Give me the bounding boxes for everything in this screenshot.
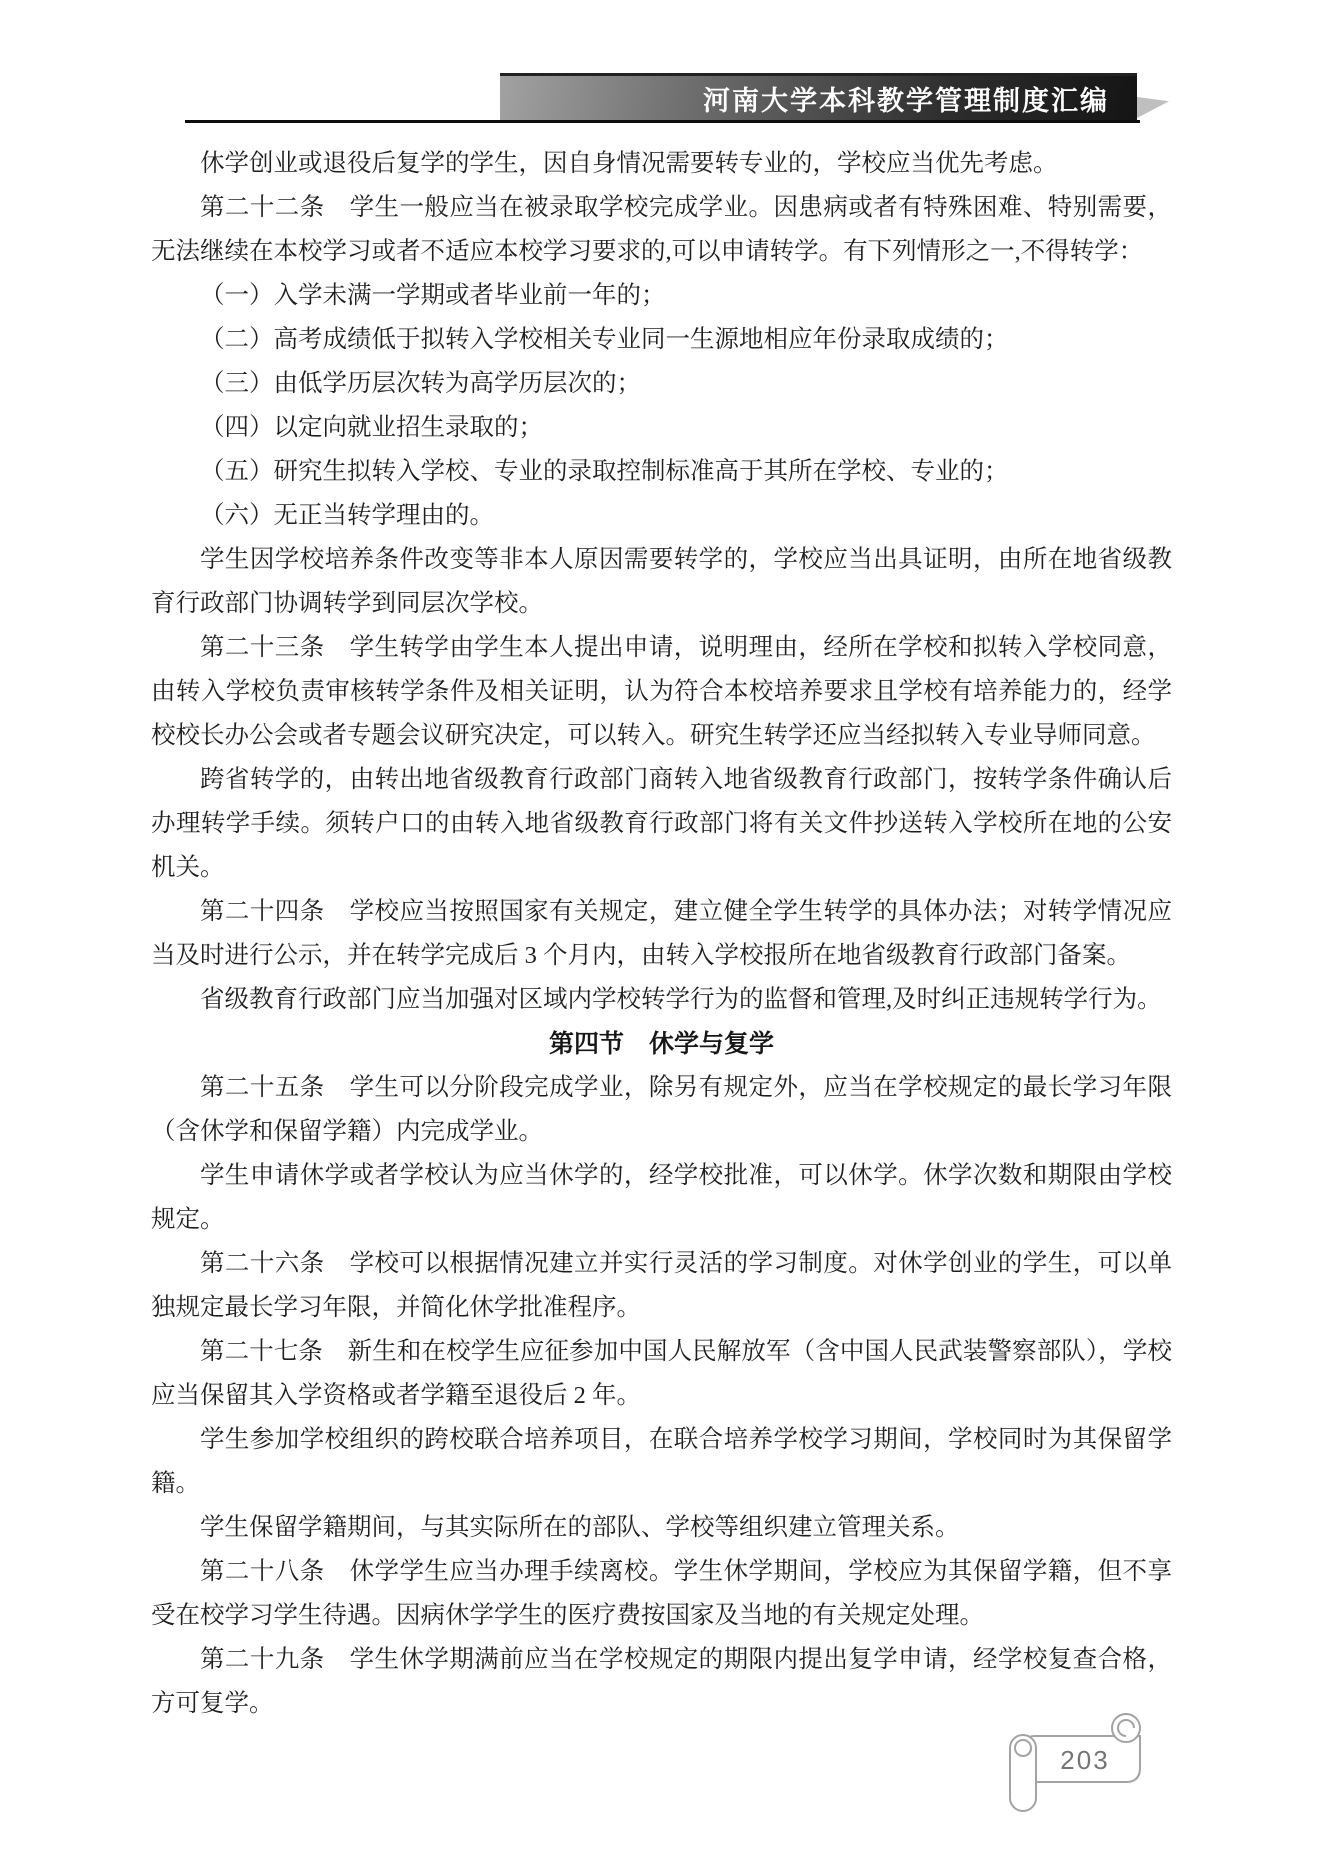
paragraph: 休学创业或退役后复学的学生，因自身情况需要转专业的，学校应当优先考虑。 (151, 142, 1172, 186)
paragraph-article-23: 第二十三条 学生转学由学生本人提出申请，说明理由，经所在学校和拟转入学校同意，由… (151, 626, 1172, 758)
header-divider-rule (185, 120, 1140, 123)
page-number: 203 (1060, 1745, 1109, 1775)
list-item-1: （一）入学未满一学期或者毕业前一年的； (151, 274, 1172, 318)
list-item-4: （四）以定向就业招生录取的； (151, 406, 1172, 450)
list-item-2: （二）高考成绩低于拟转入学校相关专业同一生源地相应年份录取成绩的； (151, 318, 1172, 362)
paragraph: 学生因学校培养条件改变等非本人原因需要转学的，学校应当出具证明，由所在地省级教育… (151, 538, 1172, 626)
paragraph: 学生申请休学或者学校认为应当休学的，经学校批准，可以休学。休学次数和期限由学校规… (151, 1154, 1172, 1242)
paragraph-article-28: 第二十八条 休学学生应当办理手续离校。学生休学期间，学校应为其保留学籍，但不享受… (151, 1550, 1172, 1638)
paragraph-article-26: 第二十六条 学校可以根据情况建立并实行灵活的学习制度。对休学创业的学生，可以单独… (151, 1242, 1172, 1330)
paragraph: 学生保留学籍期间，与其实际所在的部队、学校等组织建立管理关系。 (151, 1506, 1172, 1550)
paragraph-article-24: 第二十四条 学校应当按照国家有关规定，建立健全学生转学的具体办法；对转学情况应当… (151, 890, 1172, 978)
paragraph-article-27: 第二十七条 新生和在校学生应征参加中国人民解放军（含中国人民武装警察部队），学校… (151, 1330, 1172, 1418)
paragraph-article-25: 第二十五条 学生可以分阶段完成学业，除另有规定外，应当在学校规定的最长学习年限（… (151, 1066, 1172, 1154)
document-body: 休学创业或退役后复学的学生，因自身情况需要转专业的，学校应当优先考虑。 第二十二… (151, 142, 1172, 1726)
document-page: 河南大学本科教学管理制度汇编 休学创业或退役后复学的学生，因自身情况需要转专业的… (0, 0, 1323, 1871)
paragraph: 省级教育行政部门应当加强对区域内学校转学行为的监督和管理,及时纠正违规转学行为。 (151, 978, 1172, 1022)
list-item-6: （六）无正当转学理由的。 (151, 494, 1172, 538)
page-number-scroll: 203 (1005, 1706, 1155, 1818)
page-scroll-icon: 203 (1005, 1706, 1155, 1818)
banner-arrow-icon (1137, 97, 1169, 118)
paragraph: 学生参加学校组织的跨校联合培养项目，在联合培养学校学习期间，学校同时为其保留学籍… (151, 1418, 1172, 1506)
section-heading: 第四节 休学与复学 (151, 1022, 1172, 1066)
paragraph-article-22: 第二十二条 学生一般应当在被录取学校完成学业。因患病或者有特殊困难、特别需要，无… (151, 186, 1172, 274)
list-item-3: （三）由低学历层次转为高学历层次的； (151, 362, 1172, 406)
header-banner-title: 河南大学本科教学管理制度汇编 (703, 79, 1109, 118)
paragraph: 跨省转学的，由转出地省级教育行政部门商转入地省级教育行政部门，按转学条件确认后办… (151, 758, 1172, 890)
list-item-5: （五）研究生拟转入学校、专业的录取控制标准高于其所在学校、专业的； (151, 450, 1172, 494)
header-banner: 河南大学本科教学管理制度汇编 (500, 73, 1137, 120)
